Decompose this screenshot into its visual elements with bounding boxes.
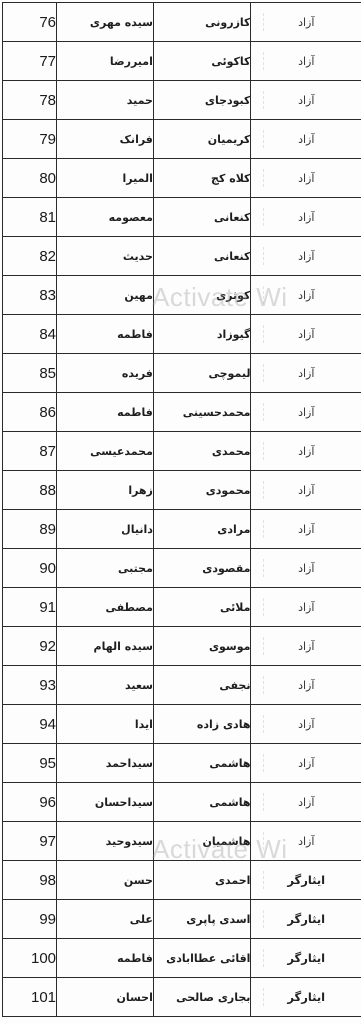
last-name-cell: گیوزاد	[153, 315, 251, 354]
row-number-cell: 84	[3, 315, 57, 354]
row-number: 94	[39, 716, 56, 733]
type-cell: آزاد	[251, 666, 361, 705]
table-row: 79 فرانک کریمیان آزاد	[3, 120, 361, 159]
last-name: کریمیان	[208, 133, 251, 146]
first-name: علی	[130, 913, 153, 926]
first-name: حدیث	[123, 250, 153, 263]
last-name: لیموچی	[209, 367, 251, 380]
first-name-cell: مجتبی	[57, 549, 154, 588]
row-number-cell: 80	[3, 159, 57, 198]
first-name-cell: مصطفی	[57, 588, 154, 627]
last-name: هاشمی	[209, 757, 250, 770]
last-name-cell: نجفی	[153, 666, 251, 705]
faint-divider	[263, 598, 264, 616]
first-name-cell: فاطمه	[57, 939, 154, 978]
last-name-cell: کوثری	[153, 276, 251, 315]
table-row: 93 سعید نجفی آزاد	[3, 666, 361, 705]
table-row: 84 فاطمه گیوزاد آزاد	[3, 315, 361, 354]
row-number: 77	[39, 53, 56, 70]
type-label: آزاد	[298, 328, 314, 341]
row-number-cell: 91	[3, 588, 57, 627]
type-label: آزاد	[298, 16, 314, 29]
last-name-cell: احمدی	[153, 861, 251, 900]
first-name: سیدوحید	[106, 835, 153, 848]
type-label: ایثارگر	[287, 873, 325, 887]
faint-divider	[263, 130, 264, 148]
first-name: فاطمه	[117, 952, 153, 965]
names-table: 76 سیده مهری کازرونی آزاد 77 امیررضا کاک…	[2, 2, 361, 1017]
type-label: آزاد	[298, 523, 314, 536]
last-name: کوثری	[216, 289, 250, 302]
faint-divider	[263, 988, 264, 1006]
row-number: 82	[39, 248, 56, 265]
last-name-cell: هادی زاده	[153, 705, 251, 744]
type-label: ایثارگر	[287, 951, 325, 965]
last-name: کنعانی	[214, 250, 251, 263]
faint-divider	[263, 793, 264, 811]
type-cell: ایثارگر	[251, 978, 361, 1017]
row-number-cell: 96	[3, 783, 57, 822]
last-name: اقائی عطاابادی	[166, 952, 250, 965]
table-row: 100 فاطمه اقائی عطاابادی ایثارگر	[3, 939, 361, 978]
last-name-cell: ملائی	[153, 588, 251, 627]
row-number: 83	[39, 287, 56, 304]
first-name-cell: حدیث	[57, 237, 154, 276]
row-number-cell: 90	[3, 549, 57, 588]
last-name: کازرونی	[205, 16, 250, 29]
row-number: 101	[31, 989, 56, 1006]
row-number: 95	[39, 755, 56, 772]
table-row: 92 سیده الهام موسوی آزاد	[3, 627, 361, 666]
type-cell: آزاد	[251, 120, 361, 159]
row-number-cell: 76	[3, 3, 57, 42]
last-name: کنعانی	[214, 211, 251, 224]
row-number: 90	[39, 560, 56, 577]
last-name-cell: مرادی	[153, 510, 251, 549]
first-name-cell: زهرا	[57, 471, 154, 510]
last-name-cell: کبودجای	[153, 81, 251, 120]
first-name-cell: المیرا	[57, 159, 154, 198]
first-name-cell: مهین	[57, 276, 154, 315]
type-cell: آزاد	[251, 783, 361, 822]
faint-divider	[263, 325, 264, 343]
first-name: فاطمه	[117, 406, 153, 419]
row-number-cell: 88	[3, 471, 57, 510]
table-row: 94 ایدا هادی زاده آزاد	[3, 705, 361, 744]
type-label: ایثارگر	[287, 990, 325, 1004]
type-cell: آزاد	[251, 237, 361, 276]
table-row: 101 احسان بجاری صالحی ایثارگر	[3, 978, 361, 1017]
table-row: 99 علی اسدی پاپری ایثارگر	[3, 900, 361, 939]
row-number-cell: 82	[3, 237, 57, 276]
row-number-cell: 95	[3, 744, 57, 783]
last-name-cell: بجاری صالحی	[153, 978, 251, 1017]
last-name: بجاری صالحی	[176, 991, 250, 1004]
type-cell: ایثارگر	[251, 939, 361, 978]
row-number: 89	[39, 521, 56, 538]
type-label: آزاد	[298, 445, 314, 458]
row-number: 92	[39, 638, 56, 655]
table-row: 76 سیده مهری کازرونی آزاد	[3, 3, 361, 42]
type-cell: آزاد	[251, 81, 361, 120]
last-name: گیوزاد	[217, 328, 251, 341]
faint-divider	[263, 208, 264, 226]
type-label: آزاد	[298, 679, 314, 692]
table-row: 77 امیررضا کاکوئی آزاد	[3, 42, 361, 81]
first-name-cell: فرانک	[57, 120, 154, 159]
last-name: ملائی	[220, 601, 250, 614]
first-name-cell: معصومه	[57, 198, 154, 237]
first-name: فریده	[122, 367, 153, 380]
faint-divider	[263, 442, 264, 460]
row-number: 86	[39, 404, 56, 421]
last-name: هادی زاده	[197, 718, 251, 731]
type-cell: آزاد	[251, 159, 361, 198]
type-label: آزاد	[298, 406, 314, 419]
type-label: آزاد	[298, 835, 314, 848]
row-number-cell: 100	[3, 939, 57, 978]
row-number-cell: 83	[3, 276, 57, 315]
faint-divider	[263, 169, 264, 187]
first-name: مجتبی	[118, 562, 153, 575]
type-cell: آزاد	[251, 393, 361, 432]
first-name: مصطفی	[105, 601, 152, 614]
table-row: 81 معصومه کنعانی آزاد	[3, 198, 361, 237]
last-name: هاشمیان	[202, 835, 250, 848]
faint-divider	[263, 286, 264, 304]
faint-divider	[263, 910, 264, 928]
faint-divider	[263, 871, 264, 889]
first-name: فرانک	[120, 133, 153, 146]
first-name: المیرا	[123, 172, 153, 185]
row-number-cell: 78	[3, 81, 57, 120]
row-number: 79	[39, 131, 56, 148]
first-name-cell: سیدوحید	[57, 822, 154, 861]
row-number: 88	[39, 482, 56, 499]
type-label: آزاد	[298, 640, 314, 653]
last-name-cell: کریمیان	[153, 120, 251, 159]
first-name: حسن	[124, 874, 153, 887]
type-label: آزاد	[298, 211, 314, 224]
first-name: سعید	[125, 679, 153, 692]
row-number: 100	[31, 950, 56, 967]
last-name-cell: محمدحسینی	[153, 393, 251, 432]
row-number: 87	[39, 443, 56, 460]
table-row: 90 مجتبی مقصودی آزاد	[3, 549, 361, 588]
first-name-cell: سیده مهری	[57, 3, 154, 42]
table-row: 89 دانیال مرادی آزاد	[3, 510, 361, 549]
row-number-cell: 77	[3, 42, 57, 81]
last-name-cell: هاشمیان	[153, 822, 251, 861]
type-cell: آزاد	[251, 471, 361, 510]
type-cell: آزاد	[251, 744, 361, 783]
first-name-cell: حمید	[57, 81, 154, 120]
last-name-cell: محمدی	[153, 432, 251, 471]
faint-divider	[263, 676, 264, 694]
row-number: 91	[39, 599, 56, 616]
faint-divider	[263, 481, 264, 499]
first-name: فاطمه	[117, 328, 153, 341]
first-name-cell: احسان	[57, 978, 154, 1017]
faint-divider	[263, 715, 264, 733]
row-number: 85	[39, 365, 56, 382]
type-label: آزاد	[298, 484, 314, 497]
first-name: دانیال	[121, 523, 153, 536]
row-number: 97	[39, 833, 56, 850]
type-label: آزاد	[298, 94, 314, 107]
last-name-cell: کلاه کج	[153, 159, 251, 198]
first-name-cell: سیداحسان	[57, 783, 154, 822]
table-row: 85 فریده لیموچی آزاد	[3, 354, 361, 393]
first-name: احسان	[116, 991, 152, 1004]
last-name: محمدی	[212, 445, 251, 458]
first-name-cell: محمدعیسی	[57, 432, 154, 471]
type-label: ایثارگر	[287, 912, 325, 926]
faint-divider	[263, 364, 264, 382]
first-name: ایدا	[135, 718, 153, 731]
table-row: 80 المیرا کلاه کج آزاد	[3, 159, 361, 198]
faint-divider	[263, 403, 264, 421]
first-name: حمید	[127, 94, 153, 107]
row-number-cell: 89	[3, 510, 57, 549]
faint-divider	[263, 832, 264, 850]
row-number: 81	[39, 209, 56, 226]
row-number: 78	[39, 92, 56, 109]
first-name: سیده مهری	[90, 16, 153, 29]
row-number-cell: 85	[3, 354, 57, 393]
faint-divider	[263, 559, 264, 577]
first-name: سیداحسان	[95, 796, 153, 809]
faint-divider	[263, 754, 264, 772]
faint-divider	[263, 520, 264, 538]
last-name-cell: اقائی عطاابادی	[153, 939, 251, 978]
type-cell: آزاد	[251, 588, 361, 627]
first-name: معصومه	[109, 211, 153, 224]
table-row: 78 حمید کبودجای آزاد	[3, 81, 361, 120]
last-name-cell: کاکوئی	[153, 42, 251, 81]
faint-divider	[263, 637, 264, 655]
last-name-cell: مقصودی	[153, 549, 251, 588]
last-name: موسوی	[209, 640, 251, 653]
last-name: مقصودی	[202, 562, 250, 575]
type-cell: آزاد	[251, 549, 361, 588]
first-name-cell: حسن	[57, 861, 154, 900]
last-name: کاکوئی	[211, 55, 250, 68]
first-name-cell: دانیال	[57, 510, 154, 549]
spreadsheet-page: 76 سیده مهری کازرونی آزاد 77 امیررضا کاک…	[0, 0, 361, 1024]
type-label: آزاد	[298, 796, 314, 809]
last-name-cell: اسدی پاپری	[153, 900, 251, 939]
row-number-cell: 94	[3, 705, 57, 744]
faint-divider	[263, 91, 264, 109]
type-cell: آزاد	[251, 198, 361, 237]
table-row: 86 فاطمه محمدحسینی آزاد	[3, 393, 361, 432]
faint-divider	[263, 13, 264, 31]
type-cell: آزاد	[251, 354, 361, 393]
last-name: کبودجای	[205, 94, 251, 107]
last-name-cell: محمودی	[153, 471, 251, 510]
first-name-cell: سعید	[57, 666, 154, 705]
first-name-cell: علی	[57, 900, 154, 939]
type-cell: آزاد	[251, 510, 361, 549]
faint-divider	[263, 949, 264, 967]
type-cell: آزاد	[251, 276, 361, 315]
type-label: آزاد	[298, 562, 314, 575]
last-name-cell: کنعانی	[153, 198, 251, 237]
last-name: محمودی	[206, 484, 251, 497]
table-row: 98 حسن احمدی ایثارگر	[3, 861, 361, 900]
row-number-cell: 81	[3, 198, 57, 237]
last-name: مرادی	[217, 523, 250, 536]
last-name: کلاه کج	[211, 172, 250, 185]
faint-divider	[263, 247, 264, 265]
last-name: هاشمی	[209, 796, 250, 809]
first-name-cell: فریده	[57, 354, 154, 393]
type-label: آزاد	[298, 250, 314, 263]
row-number-cell: 93	[3, 666, 57, 705]
last-name-cell: لیموچی	[153, 354, 251, 393]
row-number: 76	[39, 14, 56, 31]
type-cell: ایثارگر	[251, 861, 361, 900]
row-number-cell: 87	[3, 432, 57, 471]
last-name-cell: هاشمی	[153, 744, 251, 783]
first-name: سیداحمد	[106, 757, 153, 770]
type-label: آزاد	[298, 601, 314, 614]
first-name: زهرا	[128, 484, 153, 497]
row-number: 99	[39, 911, 56, 928]
table-row: 87 محمدعیسی محمدی آزاد	[3, 432, 361, 471]
faint-divider	[263, 52, 264, 70]
type-cell: آزاد	[251, 705, 361, 744]
first-name: محمدعیسی	[90, 445, 153, 458]
first-name: امیررضا	[110, 55, 153, 68]
type-label: آزاد	[298, 55, 314, 68]
first-name-cell: سیده الهام	[57, 627, 154, 666]
last-name-cell: کازرونی	[153, 3, 251, 42]
table-row: 97 سیدوحید هاشمیان آزاد	[3, 822, 361, 861]
table-row: 95 سیداحمد هاشمی آزاد	[3, 744, 361, 783]
row-number-cell: 86	[3, 393, 57, 432]
row-number: 84	[39, 326, 56, 343]
first-name-cell: امیررضا	[57, 42, 154, 81]
table-row: 91 مصطفی ملائی آزاد	[3, 588, 361, 627]
last-name: احمدی	[215, 874, 251, 887]
row-number-cell: 79	[3, 120, 57, 159]
first-name: مهین	[124, 289, 152, 302]
type-cell: آزاد	[251, 42, 361, 81]
table-row: 88 زهرا محمودی آزاد	[3, 471, 361, 510]
row-number-cell: 99	[3, 900, 57, 939]
type-cell: آزاد	[251, 432, 361, 471]
first-name-cell: ایدا	[57, 705, 154, 744]
table-row: 82 حدیث کنعانی آزاد	[3, 237, 361, 276]
last-name-cell: موسوی	[153, 627, 251, 666]
type-label: آزاد	[298, 718, 314, 731]
last-name: اسدی پاپری	[186, 913, 250, 926]
type-cell: ایثارگر	[251, 900, 361, 939]
last-name-cell: کنعانی	[153, 237, 251, 276]
table-row: 83 مهین کوثری آزاد	[3, 276, 361, 315]
type-cell: آزاد	[251, 3, 361, 42]
last-name-cell: هاشمی	[153, 783, 251, 822]
first-name-cell: فاطمه	[57, 393, 154, 432]
row-number: 96	[39, 794, 56, 811]
type-label: آزاد	[298, 133, 314, 146]
type-cell: آزاد	[251, 315, 361, 354]
row-number: 98	[39, 872, 56, 889]
type-label: آزاد	[298, 367, 314, 380]
row-number-cell: 101	[3, 978, 57, 1017]
last-name: نجفی	[219, 679, 250, 692]
type-cell: آزاد	[251, 822, 361, 861]
row-number-cell: 98	[3, 861, 57, 900]
type-cell: آزاد	[251, 627, 361, 666]
row-number: 93	[39, 677, 56, 694]
type-label: آزاد	[298, 172, 314, 185]
table-row: 96 سیداحسان هاشمی آزاد	[3, 783, 361, 822]
first-name: سیده الهام	[94, 640, 153, 653]
type-label: آزاد	[298, 289, 314, 302]
row-number-cell: 92	[3, 627, 57, 666]
type-label: آزاد	[298, 757, 314, 770]
first-name-cell: فاطمه	[57, 315, 154, 354]
last-name: محمدحسینی	[183, 406, 251, 419]
first-name-cell: سیداحمد	[57, 744, 154, 783]
row-number: 80	[39, 170, 56, 187]
row-number-cell: 97	[3, 822, 57, 861]
